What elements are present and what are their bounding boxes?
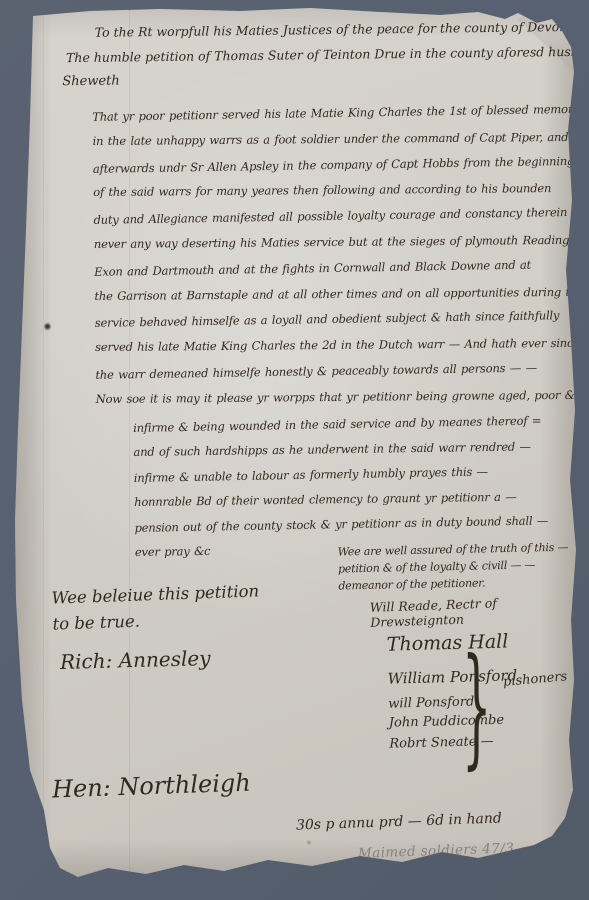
signature-will-reade: Will Reade, Rectr of Drewsteignton bbox=[370, 592, 589, 630]
sheweth-line: Sheweth bbox=[62, 68, 555, 89]
signature-thomas-hall: Thomas Hall bbox=[386, 630, 516, 655]
address-line: To the Rt worpfull his Maties Justices o… bbox=[95, 19, 555, 40]
vertical-fold-crease bbox=[43, 14, 45, 870]
signature-robert-sneate: Robrt Sneate — bbox=[389, 733, 519, 751]
fox-spot bbox=[306, 840, 312, 845]
archive-reference-pencil-note: Maimed soldiers 47/3 bbox=[358, 840, 515, 861]
signature-hen-northleigh: Hen: Northleigh bbox=[52, 769, 252, 804]
signature-john-puddicombe: John Puddicombe bbox=[389, 712, 519, 730]
assurance-note: Wee are well assured of the truth of thi… bbox=[337, 539, 578, 594]
ink-blemish bbox=[44, 322, 51, 331]
petition-document-paper: To the Rt worpfull his Maties Justices o… bbox=[0, 0, 589, 900]
signature-rich-annesley: Rich: Annesley bbox=[60, 646, 211, 674]
signature-will-ponsford: will Ponsford bbox=[388, 693, 518, 711]
parishioner-signatures: Thomas Hall William Ponsford will Ponsfo… bbox=[386, 630, 519, 751]
pension-award-note: 30s p annu prd — 6d in hand bbox=[296, 810, 502, 833]
petition-body: That yr poor petitionr served his late M… bbox=[92, 98, 566, 413]
petitioner-line: The humble petition of Thomas Suter of T… bbox=[66, 44, 555, 65]
attestation-note: Wee beleiue this petition to be true. bbox=[51, 578, 260, 637]
signatures-brace: } bbox=[462, 630, 491, 782]
petition-heading: To the Rt worpfull his Maties Justices o… bbox=[95, 19, 556, 89]
signature-william-ponsford: William Ponsford bbox=[387, 666, 517, 687]
body-line: Now soe it is may it please yr worpps th… bbox=[96, 383, 566, 413]
photograph-backdrop: To the Rt worpfull his Maties Justices o… bbox=[0, 0, 589, 900]
